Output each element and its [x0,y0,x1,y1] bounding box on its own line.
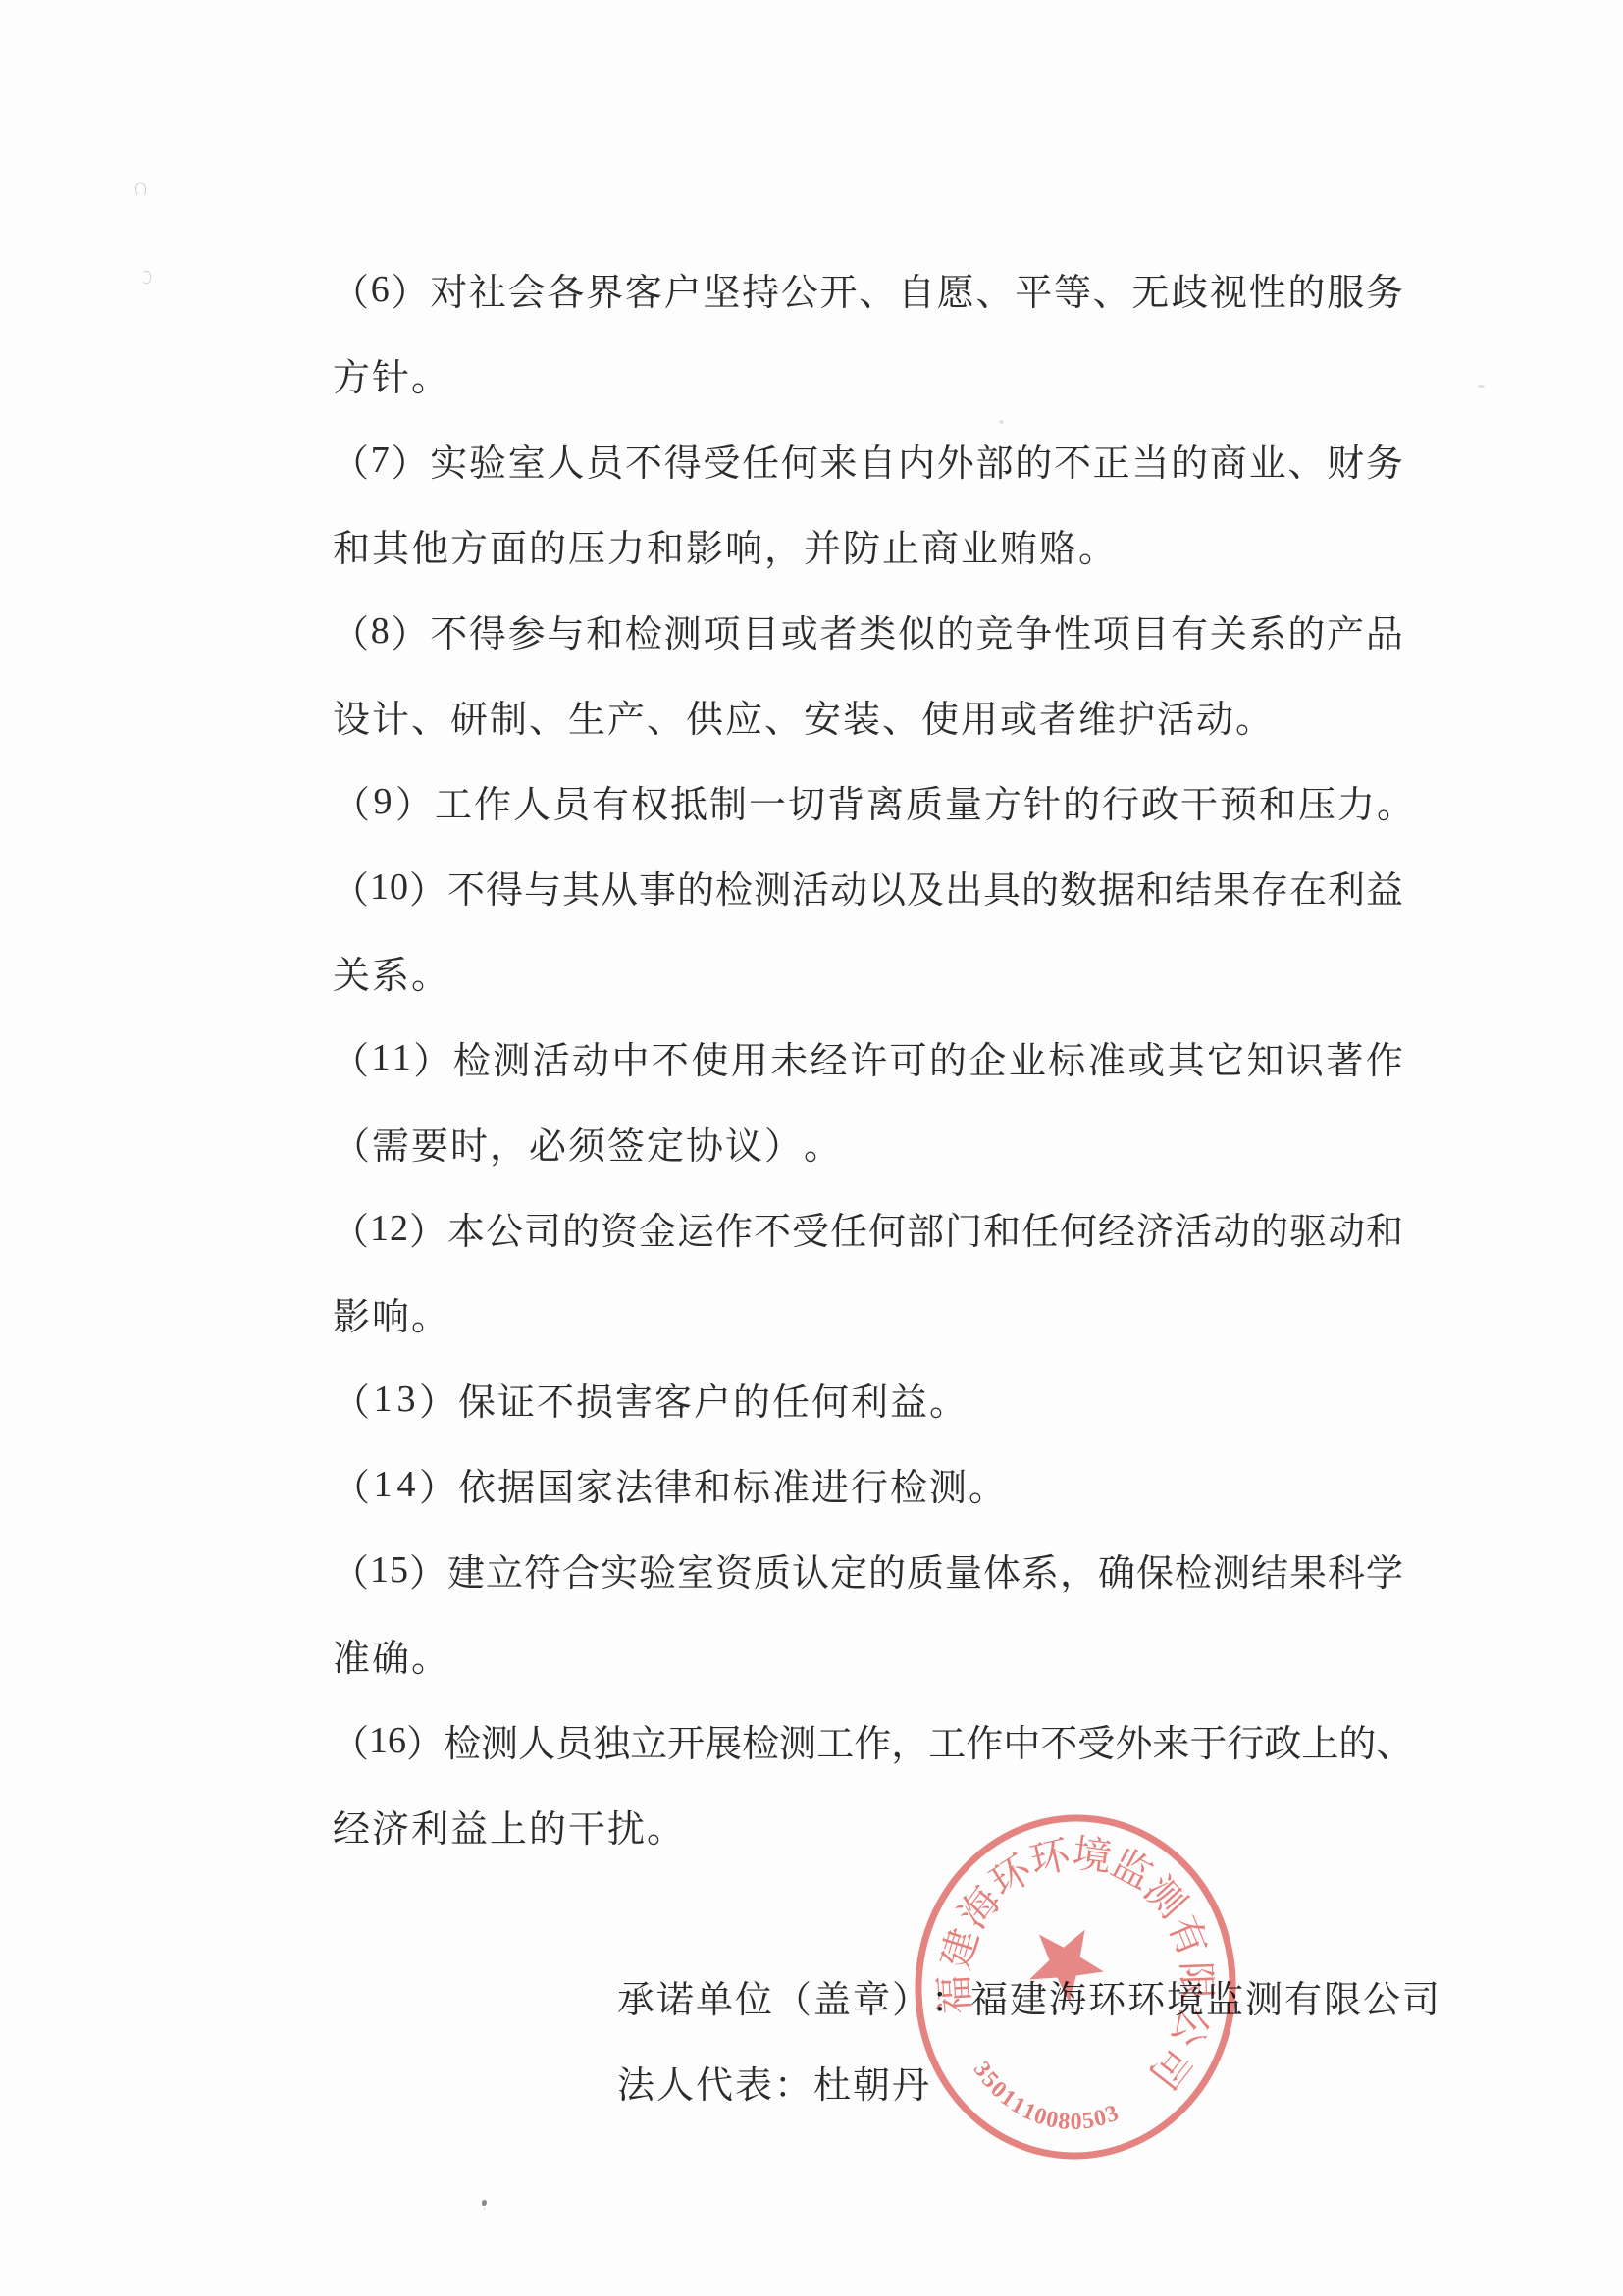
character-cell: 。 [646,1799,685,1852]
character-cell: 出 [945,860,982,913]
character-cell: 企 [969,1030,1006,1084]
character-cell: 检 [715,860,753,913]
character-cell: 标 [1048,1030,1085,1084]
character-cell: 害 [614,1372,654,1426]
scan-artifact [142,271,151,284]
text-line: （12）本公司的资金运作不受任何部门和任何经济活动的驱动和 [332,1185,1403,1271]
character-cell: 实 [601,1542,638,1596]
character-cell: 商 [1210,433,1247,487]
character-cell: 不 [447,860,485,913]
character-cell: （ [332,860,369,913]
character-cell: 0 [390,865,408,909]
character-cell: 作 [1366,1030,1403,1084]
character-cell: ） [406,1713,444,1767]
character-cell: 任 [1021,1201,1059,1255]
character-cell: 1 [370,1548,389,1592]
character-cell: 系 [1021,1542,1059,1596]
character-cell: 知 [1246,1030,1283,1084]
character-cell: 8 [371,609,390,652]
character-cell: 务 [1366,262,1403,316]
character-cell: 性 [1249,262,1286,316]
character-cell: 影 [332,1286,371,1340]
character-cell: 济 [1136,1201,1174,1255]
character-cell: 。 [410,347,449,401]
character-cell: 保 [457,1372,497,1426]
character-cell: 使 [691,1030,728,1084]
character-cell: 的 [1338,1713,1376,1767]
character-cell: 结 [1251,1542,1288,1596]
character-cell: 有 [1171,603,1208,657]
character-cell: 证 [497,1372,536,1426]
character-cell: 和 [1366,1201,1403,1255]
character-cell: 境 [1166,1969,1205,2023]
character-cell: 受 [792,1201,829,1255]
character-cell: 。 [968,1457,1007,1511]
character-cell: 赂 [1038,518,1077,572]
character-cell: ： [930,1969,969,2023]
character-cell: （ [332,1030,369,1084]
character-cell: 作 [966,1713,1003,1767]
character-cell: 6 [388,1719,406,1762]
character-cell: 系 [371,945,410,999]
character-cell: 的 [1171,433,1208,487]
character-cell: 法 [616,2055,655,2109]
character-cell: 业 [1249,433,1286,487]
character-cell: 方 [332,347,371,401]
character-cell: 、 [859,262,896,316]
text-line: （6）对社会各界客户坚持公开、自愿、平等、无歧视性的服务 [332,246,1403,332]
character-cell: 杜 [812,2055,852,2109]
text-line: （8）不得参与和检测项目或者类似的竞争性项目有关系的产品 [332,588,1403,673]
character-cell: 科 [1328,1542,1365,1596]
character-cell: 确 [1098,1542,1135,1596]
character-cell: 不 [625,433,662,487]
character-cell: 关 [332,945,371,999]
character-cell: 方 [983,774,1022,828]
character-cell: 或 [781,603,818,657]
character-cell: 干 [1179,774,1219,828]
character-cell: 防 [842,518,881,572]
character-cell: 签 [606,1116,646,1170]
character-cell: （ [332,1116,371,1170]
character-cell: 的 [677,860,714,913]
character-cell: 经 [1098,1201,1135,1255]
character-cell: 设 [332,689,371,743]
character-cell: 用 [731,1030,768,1084]
character-cell: 合 [562,1542,600,1596]
character-cell: ） [409,1542,446,1596]
character-cell: 争 [1015,603,1052,657]
character-cell: 测 [1244,1969,1283,2023]
character-cell: 资 [601,1201,638,1255]
character-cell: 切 [787,774,826,828]
character-cell: 制 [489,689,528,743]
character-cell: 2 [390,1207,408,1250]
scanned-document-page: （6）对社会各界客户坚持公开、自愿、平等、无歧视性的服务 方针。 （7）实验室人… [0,0,1623,2296]
character-cell: 门 [945,1201,982,1255]
scan-artifact [135,183,146,197]
character-cell: 维 [1077,689,1117,743]
character-cell: 力 [1336,774,1376,828]
character-cell: 。 [803,1116,842,1170]
character-cell: 部 [907,1201,944,1255]
character-cell: 果 [1289,1542,1327,1596]
character-cell: 、 [1287,433,1325,487]
character-cell: 监 [1205,1969,1244,2023]
character-cell: 。 [1077,518,1117,572]
character-cell: 及 [907,860,944,913]
character-cell: 一 [748,774,787,828]
character-cell: 准 [332,1628,371,1682]
character-cell: 业 [960,518,999,572]
character-cell: 会 [508,262,546,316]
character-cell: 与 [547,603,584,657]
character-cell: 结 [1175,860,1212,913]
character-cell: 平 [1015,262,1052,316]
character-cell: 人 [518,1713,555,1767]
character-cell: 司 [1401,1969,1440,2023]
text-line: 影响。 [332,1271,1403,1356]
character-cell: 作 [715,1201,753,1255]
character-cell: 。 [928,1372,968,1426]
character-cell: 时 [449,1116,489,1170]
character-cell: 项 [1093,603,1130,657]
character-cell: 歧 [1171,262,1208,316]
character-cell: 律 [654,1457,693,1511]
character-cell: 各 [547,262,584,316]
character-cell: 压 [567,518,606,572]
character-cell: 验 [469,433,506,487]
character-cell: 实 [430,433,467,487]
character-cell: 建 [1009,1969,1048,2023]
character-cell: 不 [536,1372,575,1426]
character-cell: 客 [625,262,662,316]
text-line: （15）建立符合实验室资质认定的质量体系，确保检测结果科学 [332,1527,1403,1612]
character-cell: 室 [677,1542,714,1596]
character-cell: 测 [493,1030,530,1084]
character-cell: 表 [734,2055,773,2109]
character-cell: 未 [770,1030,808,1084]
character-cell: 响 [371,1286,410,1340]
character-cell: 的 [1287,262,1325,316]
character-cell: 上 [489,1799,528,1852]
character-cell: 受 [1077,1713,1115,1767]
character-cell: （ [332,1457,371,1511]
character-cell: 服 [1327,262,1364,316]
character-cell: 不 [652,1030,689,1084]
character-cell: 人 [512,774,551,828]
character-cell: 或 [1127,1030,1165,1084]
character-cell: 者 [1038,689,1077,743]
character-cell: 环 [1087,1969,1126,2023]
character-cell: 公 [1362,1969,1401,2023]
character-cell: 作 [473,774,512,828]
character-cell: 影 [685,518,724,572]
signature-legal-rep-line: 法人代表：杜朝丹 [332,2039,1403,2124]
character-cell: ） [391,603,428,657]
character-cell: 法 [614,1457,654,1511]
character-cell: 认 [792,1542,829,1596]
character-cell: 无 [1131,262,1169,316]
character-cell: 驱 [1289,1201,1327,1255]
character-cell: 业 [1009,1030,1046,1084]
character-cell: 标 [732,1457,771,1511]
character-cell: 和 [332,518,371,572]
character-cell: 户 [693,1372,732,1426]
character-cell: 的 [868,1542,906,1596]
character-cell: 承 [616,1969,655,2023]
character-cell: 进 [811,1457,850,1511]
character-cell: 者 [820,603,858,657]
character-cell: 要 [410,1116,449,1170]
character-cell: 持 [742,262,779,316]
character-cell: 活 [533,1030,570,1084]
character-cell: 7 [371,439,390,482]
character-cell: 识 [1286,1030,1324,1084]
character-cell: 必 [528,1116,567,1170]
character-cell: 任 [771,1372,811,1426]
character-cell: 、 [763,689,803,743]
character-cell: 动 [1328,1201,1365,1255]
character-cell: 上 [1301,1713,1338,1767]
character-cell: 产 [606,689,646,743]
character-cell: 工 [816,1713,854,1767]
text-line: （需要时，必须签定协议）。 [332,1100,1403,1185]
character-cell: ） [413,1030,450,1084]
character-cell: 检 [1175,1542,1212,1596]
text-line: 经济利益上的干扰。 [332,1783,1403,1868]
character-cell: 务 [1366,433,1403,487]
character-cell: 贿 [999,518,1038,572]
character-cell: 性 [1054,603,1091,657]
character-cell: 从 [601,860,638,913]
character-cell: 开 [667,1713,705,1767]
character-cell: 不 [1054,433,1091,487]
character-cell: （ [332,1372,371,1426]
character-cell: 检 [889,1457,928,1511]
character-cell: 预 [1219,774,1258,828]
character-cell: 1 [370,865,389,909]
character-cell: 护 [1117,689,1156,743]
character-cell: 司 [524,1201,561,1255]
character-cell: 质 [905,774,944,828]
character-cell: 准 [1088,1030,1126,1084]
character-cell: 它 [1207,1030,1244,1084]
character-cell: 的 [528,1799,567,1852]
character-cell: 诺 [655,1969,695,2023]
character-cell: 开 [820,262,858,316]
character-cell: 须 [567,1116,606,1170]
character-cell: 员 [551,774,591,828]
character-cell: 视 [1210,262,1247,316]
character-cell: 对 [430,262,467,316]
character-cell: 济 [371,1799,410,1852]
character-cell: 1 [369,1719,388,1762]
character-cell: 方 [449,518,489,572]
character-cell: 其 [371,518,410,572]
character-cell: （ [332,603,369,657]
character-cell: 国 [536,1457,575,1511]
character-cell: 位 [734,1969,773,2023]
character-cell: 、 [1376,1713,1413,1767]
character-cell: 产 [1327,603,1364,657]
character-cell: 应 [724,689,763,743]
character-cell: 有 [1283,1969,1323,2023]
character-cell: 抵 [669,774,708,828]
character-cell: 、 [410,689,449,743]
character-cell: （ [332,1542,369,1596]
character-cell: 扰 [606,1799,646,1852]
character-cell: 家 [575,1457,614,1511]
character-cell: 代 [695,2055,734,2109]
text-line: 关系。 [332,929,1403,1015]
character-cell: ， [489,1116,528,1170]
character-cell: 检 [742,1713,779,1767]
character-cell: 。 [410,1628,449,1682]
character-cell: 客 [654,1372,693,1426]
character-cell: 他 [410,518,449,572]
character-cell: 资 [715,1542,753,1596]
character-cell: 检 [625,603,662,657]
text-line: （9）工作人员有权抵制一切背离质量方针的行政干预和压力。 [332,758,1403,844]
character-cell: 背 [826,774,865,828]
character-cell: 据 [497,1457,536,1511]
character-cell: 损 [575,1372,614,1426]
character-cell: 的 [1062,774,1101,828]
character-cell: 检 [453,1030,491,1084]
character-cell: 公 [781,262,818,316]
text-line: 方针。 [332,332,1403,417]
character-cell: 员 [555,1713,593,1767]
character-cell: 朝 [852,2055,891,2109]
text-line: 准确。 [332,1612,1403,1697]
character-cell: 得 [469,603,506,657]
character-cell: 供 [685,689,724,743]
character-cell: 竞 [975,603,1013,657]
text-line: （13）保证不损害客户的任何利益。 [332,1356,1403,1441]
character-cell: 准 [771,1457,811,1511]
character-cell: 项 [703,603,740,657]
character-cell: 外 [1115,1713,1152,1767]
character-cell: 工 [434,774,473,828]
character-cell: 1 [371,1036,390,1079]
character-cell: （ [773,1969,812,2023]
character-cell: ） [418,1457,457,1511]
character-cell: 、 [646,689,685,743]
character-cell: 得 [664,433,702,487]
character-cell: 需 [371,1116,410,1170]
character-cell: ， [1060,1542,1097,1596]
character-cell: 类 [859,603,896,657]
character-cell: 似 [898,603,935,657]
character-cell: 参 [508,603,546,657]
character-cell: 、 [881,689,920,743]
character-cell: 系 [1249,603,1286,657]
character-cell: 和 [646,518,685,572]
character-cell: 1 [371,1463,394,1506]
character-cell: 于 [1189,1713,1227,1767]
character-cell: 员 [586,433,623,487]
character-cell: 学 [1366,1542,1403,1596]
character-cell: 社 [469,262,506,316]
character-cell: 立 [630,1713,667,1767]
character-cell: 章 [852,1969,891,2023]
character-cell: 动 [1195,689,1234,743]
character-cell: 的 [929,1030,967,1084]
character-cell: 动 [830,860,867,913]
character-cell: 行 [850,1457,889,1511]
character-cell: 活 [792,860,829,913]
character-cell: 测 [481,1713,518,1767]
character-cell: 研 [449,689,489,743]
character-cell: ： [773,2055,812,2109]
character-cell: 测 [754,860,791,913]
character-cell: 任 [742,433,779,487]
character-cell: ） [763,1116,803,1170]
character-cell: 经 [811,1030,848,1084]
character-cell: 果 [1213,860,1250,913]
character-cell: 何 [1060,1201,1097,1255]
character-cell: 压 [1297,774,1336,828]
character-cell: 的 [1015,433,1052,487]
character-cell: （ [332,1713,369,1767]
character-cell: 使 [920,689,960,743]
character-cell: 的 [937,603,974,657]
character-cell: 任 [830,1201,867,1255]
signature-unit-line: 承诺单位（盖章）：福建海环环境监测有限公司 [332,1954,1403,2039]
character-cell: 依 [457,1457,497,1511]
character-cell: ， [891,1713,928,1767]
character-cell: 并 [803,518,842,572]
character-cell: 运 [677,1201,714,1255]
character-cell: （ [332,774,371,828]
blank-line [332,1868,1403,1954]
character-cell: 面 [489,518,528,572]
text-line: 设计、研制、生产、供应、安装、使用或者维护活动。 [332,673,1403,758]
character-cell: 来 [820,433,858,487]
character-cell: 的 [1287,603,1325,657]
character-cell: 正 [1093,433,1130,487]
text-line: （16）检测人员独立开展检测工作，工作中不受外来于行政上的、 [332,1697,1403,1783]
character-cell: 质 [907,1542,944,1596]
character-cell: 经 [332,1799,371,1852]
character-cell: ， [763,518,803,572]
character-cell: 目 [1131,603,1169,657]
character-cell: 关 [1210,603,1247,657]
character-cell: 有 [591,774,630,828]
text-line: 和其他方面的压力和影响，并防止商业贿赂。 [332,502,1403,588]
character-cell: 益 [449,1799,489,1852]
character-cell: 和 [693,1457,732,1511]
character-cell: 得 [486,860,523,913]
character-cell: ） [394,774,434,828]
scan-artifact [1478,385,1485,388]
character-cell: 针 [1022,774,1062,828]
character-cell: 在 [1289,860,1327,913]
character-cell: 限 [1323,1969,1362,2023]
character-cell: 自 [898,262,935,316]
character-cell: 4 [394,1463,418,1506]
character-cell: 具 [983,860,1021,913]
character-cell: 受 [703,433,740,487]
character-cell: 检 [444,1713,481,1767]
character-cell: 公 [486,1201,523,1255]
character-cell: 本 [447,1201,485,1255]
character-cell: 1 [371,1378,394,1421]
character-cell: 其 [562,860,600,913]
character-cell: 政 [1140,774,1179,828]
character-cell: 金 [639,1201,676,1255]
